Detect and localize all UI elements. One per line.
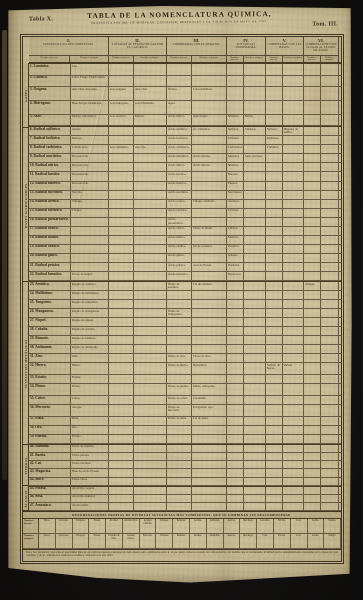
substance-name-cell: 7. Radical fosfórico. [29,136,71,144]
old-name-cell: Régulo de antimonio. [71,345,109,353]
table-cell [109,200,134,208]
table-cell [134,375,167,383]
table-cell [304,336,321,344]
table-cell [321,245,339,253]
table-cell [266,154,283,162]
table-cell [304,478,321,485]
substance-name-cell: 21. Radical prúsico. [29,263,71,271]
table-cell [244,309,266,317]
bottom-table-cell: Jabones. [156,519,173,533]
bottom-table-cell: Mucílago. [240,519,257,533]
table-cell [134,435,167,443]
table-cell [109,487,134,494]
table-cell: Carburos. [266,145,283,153]
table-cell [192,218,227,226]
table-cell [134,487,167,494]
table-row: 3. Oxígeno.Aire vital. Aire puro.Gas oxí… [29,87,341,101]
table-cell [227,487,244,494]
table-cell [227,291,244,299]
table-body: GASES.BASES ACIDIFICABLES.SUSTANCIAS MET… [23,63,341,511]
table-cell [304,200,321,208]
table-row: 29. Bismuto.Régulo de bismuto. [29,336,341,345]
table-cell [304,300,321,308]
table-cell [244,163,266,171]
table-cell: Gas carbónico. [109,145,134,153]
table-row: 33. Estaño.Estaño. [29,375,341,384]
bottom-table-cell: Gomas. [190,519,207,533]
table-cell [109,227,134,235]
table-cell: Nitros. [244,115,266,126]
old-name-cell: Flores de benjuí. [71,272,109,280]
table-cell [244,136,266,144]
table-header-row: I.Sustancias no descompuestas.Nombres nu… [29,37,341,63]
table-cell [192,435,227,443]
table-cell: Ácido muriático. [167,154,192,162]
table-cell [134,282,167,290]
table-cell [109,282,134,290]
bottom-table-cell: Esencias. [140,534,157,548]
section-band: BASES ACIDIFICABLES. [23,128,28,282]
table-cell [244,101,266,114]
bottom-table-cell: Fécula. [274,534,291,548]
substance-name-cell: 13. Radical succínico. [29,191,71,199]
table-cell [167,435,192,443]
table-cell: Minio. Albayalde. [192,384,227,395]
table-cell: Sulfuro de hierro. [266,363,283,374]
old-name-cell: Régulo de molibdeno. [71,291,109,299]
table-cell [321,405,339,416]
substance-name-cell: 1. Lumínico. [29,64,71,75]
bottom-table-cell: Leche. [308,534,325,548]
table-cell [134,336,167,344]
table-cell [109,309,134,317]
table-row: 43. Magnesia.Base de sal de Epsom. [29,469,341,477]
table-cell [244,254,266,262]
old-name-cell: Plata. [71,417,109,425]
table-cell [266,345,283,353]
old-name-cell: Tierra vítrea. [71,478,109,485]
table-row: 23. Arsénico.Régulo de arsénico.Óxido de… [29,281,341,291]
table-cell: Ácido carbónico. [167,145,192,153]
old-name-cell: Desconocido. [71,154,109,162]
table-cell [283,327,304,335]
table-cell [109,345,134,353]
table-cell: Óxido de manganeso. [167,309,192,317]
table-cell: Ácido prúsico. [167,263,192,271]
table-cell [134,445,167,452]
table-cell: Ác. vitriólico. [192,127,227,135]
table-cell [134,291,167,299]
table-cell [134,354,167,362]
substance-name-cell: 47. Amoniaco. [29,503,71,510]
substance-name-cell: 38. Oro. [29,426,71,434]
table-cell [134,363,167,374]
table-cell [134,384,167,395]
table-cell [304,445,321,452]
table-cell [244,417,266,425]
table-cell [167,300,192,308]
table-cell [227,354,244,362]
old-name-cell: Régulo de cobalto. [71,327,109,335]
table-cell [134,209,167,217]
table-cell [109,469,134,476]
table-cell [304,469,321,476]
table-cell [266,200,283,208]
table-cell [109,209,134,217]
table-cell [109,495,134,502]
table-cell [192,64,227,75]
table-cell: Oxalatos. [227,245,244,253]
table-cell [244,495,266,502]
table-cell [134,405,167,416]
table-cell [283,469,304,476]
table-row: 34. Plomo.Plomo.Óxido de plomo.Minio. Al… [29,384,341,396]
table-cell [109,245,134,253]
bottom-table-cell: Alcohol. [106,519,123,533]
table-cell [283,345,304,353]
bottom-table-row: Nombres nuevos.Vinos.Cervezas.Vinagres.É… [23,519,341,534]
table-cell [109,503,134,510]
table-cell [134,227,167,235]
table-row: 42. Cal.Tierra calcárea. [29,461,341,469]
table-cell [266,300,283,308]
table-cell [227,405,244,416]
table-cell [244,318,266,326]
table-cell: Ácido nítrico. [167,163,192,171]
table-cell [321,445,339,452]
table-cell [266,218,283,226]
table-cell [244,375,266,383]
table-row: 10. Radical nítrico.Desconocido.Ácido ní… [29,163,341,172]
table-cell [244,218,266,226]
table-cell [304,461,321,468]
table-cell: Ácido boráico. [167,172,192,180]
table-cell [266,435,283,443]
table-cell [321,336,339,344]
table-cell [321,375,339,383]
table-cell [321,76,339,87]
substance-name-cell: 41. Barita. [29,453,71,460]
table-cell [304,87,321,100]
subcolumn-label: Nombres nuevos. [227,56,244,62]
bottom-table-cell: Éteres. [89,519,106,533]
table-cell [244,487,266,494]
table-cell [134,469,167,476]
table-cell [244,172,266,180]
substance-name-cell: 34. Plomo. [29,384,71,395]
table-cell: Malatos. [227,236,244,244]
header-column-III.: III.Combinadas con el oxígeno.Nombres nu… [167,37,227,62]
table-cell [283,154,304,162]
table-cell [304,318,321,326]
table-cell [244,245,266,253]
table-row: 12. Radical fluórico.Desconocido.Ácido f… [29,182,341,191]
bottom-table-cell: Leche. [308,519,325,533]
bottom-table-cell: Gelatina. [257,519,274,533]
table-row: 26. Manganeso.Régulo de manganeso.Óxido … [29,309,341,318]
table-cell [167,487,192,494]
table-cell [304,363,321,374]
bottom-table-cell: Resinas. [173,519,190,533]
table-cell: Fosfatos. [227,136,244,144]
subcolumn-label: Nombres nuevos. [304,56,321,62]
table-cell [244,336,266,344]
table-cell [321,461,339,468]
table-cell: Ácido acético. [167,200,192,208]
bottom-table-cell: Mucílago. [240,534,257,548]
table-cell [192,309,227,317]
table-cell [304,426,321,434]
table-cell [134,218,167,226]
table-cell [244,76,266,87]
table-cell [266,272,283,280]
table-cell [283,136,304,144]
table-cell [266,115,283,126]
table-cell [192,426,227,434]
old-name-cell: Base del gas inflamable. [71,101,109,114]
substance-name-cell: 35. Cobre. [29,396,71,404]
bottom-table-cell: Almidón. [207,519,224,533]
header-column-V.: V.Combinadas con las bases.Nombres nuevo… [266,37,304,62]
table-cell [266,64,283,75]
table-cell [266,76,283,87]
table-cell [283,495,304,502]
table-cell: Precipitado rojo. [192,405,227,416]
table-row: 1. Lumínico.Luz. [29,63,341,76]
bottom-table-cell: Cervezas. [56,534,73,548]
table-cell: Gas inflamable. [134,101,167,114]
table-cell [283,254,304,262]
table-cell: Flores de zinc. [192,354,227,362]
table-cell [244,503,266,510]
substance-name-cell: 11. Radical boráico. [29,172,71,180]
table-cell [304,309,321,317]
table-cell [227,375,244,383]
table-cell [283,272,304,280]
old-name-cell: Álcali fijo vegetal. [71,487,109,494]
table-cell: Ácido fosfórico. [167,136,192,144]
table-cell [109,64,134,75]
table-cell [266,101,283,114]
bottom-table-cell: Cera. [291,534,308,548]
substance-name-cell: 9. Radical muriático. [29,154,71,162]
table-cell [321,384,339,395]
table-cell [304,154,321,162]
old-name-cell: Azufre. [71,127,109,135]
table-cell [321,300,339,308]
table-cell: Acetatos. [227,200,244,208]
table-cell [167,478,192,485]
table-cell [304,218,321,226]
table-cell [304,375,321,383]
table-row: 11. Radical boráico.Desconocido.Ácido bo… [29,172,341,181]
old-name-cell: Régulo de arsénico. [71,282,109,290]
table-cell [109,327,134,335]
table-cell [227,469,244,476]
old-name-cell: Tierra calcárea. [71,461,109,468]
table-cell [192,453,227,460]
table-cell [283,236,304,244]
table-cell [283,163,304,171]
table-cell [283,115,304,126]
table-cell [304,64,321,75]
table-cell [321,354,339,362]
bottom-table-cell: Almidón. [207,534,224,548]
subheader-row: Nombres nuevos.Nombres antiguos. [167,55,226,62]
table-cell [227,453,244,460]
table-cell [283,76,304,87]
subcolumn-label: Nombres antiguos. [134,56,166,62]
bottom-table-cell: Azúcar. [224,534,241,548]
table-cell [134,453,167,460]
table-cell [134,495,167,502]
table-cell [266,487,283,494]
table-cell [321,191,339,199]
table-cell [283,375,304,383]
table-cell [167,76,192,87]
subheader-row: Nombres nuevos.Nombres antiguos. [109,55,166,62]
old-name-cell: Desconocido. [71,172,109,180]
table-cell [266,417,283,425]
subcolumn-label: Nombres nuevos. [109,56,134,62]
table-cell [134,236,167,244]
substance-name-cell: 22. Radical benzóico. [29,272,71,280]
table-row: 9. Radical muriático.Desconocido.Ácido m… [29,154,341,163]
subcolumn-label: Nombres nuevos. [266,56,283,62]
table-cell [266,384,283,395]
table-row: 20. Radical gálico.Ácido gálico.Galatos. [29,254,341,263]
table-cell [283,282,304,290]
table-cell [283,396,304,404]
table-cell [192,327,227,335]
table-cell [321,318,339,326]
section-band: GASES. [23,63,28,128]
table-cell: Ácido fluórico. [167,182,192,190]
column-caption: Combinaciones sin llegar al estado de ác… [304,43,338,55]
table-cell [304,453,321,460]
table-cell [227,309,244,317]
bottom-table-cell: Gomas. [190,534,207,548]
table-cell [304,136,321,144]
page-header: Tabla X. TABLA DE LA NOMENCLATURA QUIMIC… [7,8,352,36]
substance-name-cell: 5. Azoe. [29,115,71,126]
table-cell [321,495,339,502]
bottom-table-cell: Fécula. [274,519,291,533]
table-cell: Ácido succínico. [167,191,192,199]
table-cell [321,263,339,271]
table-cell [192,101,227,114]
column-caption: Combinadas con las bases. [266,43,303,55]
table-cell [192,172,227,180]
table-cell [227,318,244,326]
table-cell [134,76,167,87]
table-row: 32. Hierro.Hierro.Óxido de hierro.Herrum… [29,363,341,375]
substance-name-cell: 23. Arsénico. [29,282,71,290]
table-row: 45. Potasa.Álcali fijo vegetal. [29,486,341,495]
substance-name-cell: 45. Potasa. [29,487,71,494]
table-row: 13. Radical succínico.Súccino.Ácido succ… [29,191,341,200]
table-cell [167,345,192,353]
bottom-table-cell: Espíritu de vino. [106,534,123,548]
table-cell [244,461,266,468]
table-cell [192,145,227,153]
table-cell [109,136,134,144]
table-row: 21. Radical prúsico.Ácido prúsico.Azul d… [29,263,341,272]
table-cell [134,182,167,190]
table-cell [283,227,304,235]
section-label: GASES. [24,88,28,102]
table-cell [244,300,266,308]
table-cell [109,435,134,443]
table-cell [227,503,244,510]
table-cell [109,478,134,485]
table-row: 16. Radical pirotartárico.Ácido pirotart… [29,218,341,227]
table-row: 18. Radical málico.Ácido málico.Malatos. [29,236,341,245]
table-cell: Óxidos. [167,87,192,100]
table-cell [321,87,339,100]
table-cell: Vinagre destilado. [192,200,227,208]
table-cell [283,405,304,416]
substance-name-cell: 29. Bismuto. [29,336,71,344]
header-column-II.: II.Llevadas al estado de gas por el caló… [109,37,167,62]
table-cell [227,218,244,226]
subcolumn-label: Nombres nuevos. [167,56,192,62]
table-cell [227,300,244,308]
table-cell: Vitriolos. [244,127,266,135]
column-caption: Sustancias oxigenadas. [227,43,265,55]
substance-name-cell: 8. Radical carbónico. [29,145,71,153]
table-cell: Ácido nitroso. [192,163,227,171]
table-cell [266,172,283,180]
table-cell [192,191,227,199]
table-cell [283,64,304,75]
table-cell [109,384,134,395]
table-cell [192,461,227,468]
bottom-table-cell: Vinagres. [73,519,90,533]
table-cell [304,345,321,353]
header-column-VI.: VI.Combinaciones sin llegar al estado de… [304,37,339,62]
table-cell [321,127,339,135]
table-cell: Mofeta. [134,115,167,126]
table-cell [266,426,283,434]
table-cell [304,145,321,153]
substance-name-cell: 27. Níquel. [29,318,71,326]
table-cell: Fosfuros. [266,136,283,144]
table-cell [304,495,321,502]
table-cell [244,227,266,235]
table-row: 4. Hidrógeno.Base del gas inflamable.Gas… [29,101,341,115]
bottom-table-cell: Aceites volátiles. [140,519,157,533]
table-cell [244,453,266,460]
table-cell [244,272,266,280]
old-name-cell: Tierra de alumbre. [71,445,109,452]
table-cell [321,154,339,162]
table-cell: Citratos. [227,227,244,235]
table-cell [244,182,266,190]
table-cell [134,318,167,326]
table-cell [304,272,321,280]
table-cell: Agua. [167,101,192,114]
substance-name-cell: 16. Radical pirotartárico. [29,218,71,226]
table-cell [266,461,283,468]
table-cell [321,478,339,485]
table-row: 27. Níquel.Régulo de níquel. [29,318,341,327]
table-cell [283,182,304,190]
table-cell [304,101,321,114]
table-cell [304,503,321,510]
table-cell [304,405,321,416]
table-cell [167,495,192,502]
